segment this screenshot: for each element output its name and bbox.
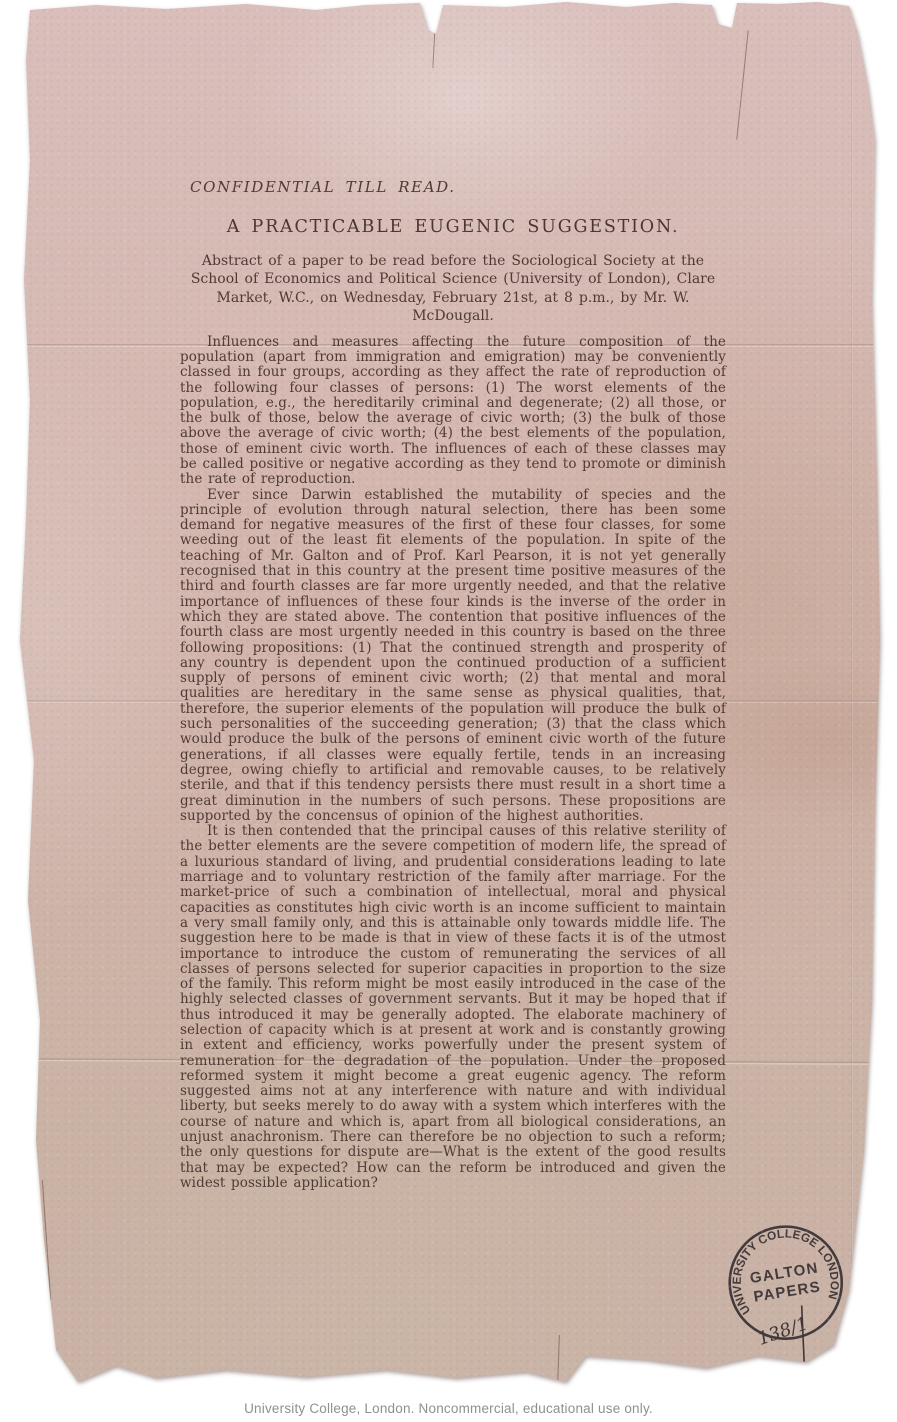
scanned-paper: CONFIDENTIAL TILL READ. A PRACTICABLE EU… [6, 0, 890, 1398]
body-paragraph-2: Ever since Darwin established the mutabi… [180, 488, 726, 825]
document-text-block: CONFIDENTIAL TILL READ. A PRACTICABLE EU… [180, 0, 726, 1191]
body-paragraph-1: Influences and measures affecting the fu… [180, 335, 726, 488]
paper-tear-bottom-left [42, 1180, 51, 1300]
paper-tear-top-right [736, 30, 748, 140]
scanned-page-wrapper: CONFIDENTIAL TILL READ. A PRACTICABLE EU… [6, 0, 890, 1398]
abstract-note: Abstract of a paper to be read before th… [180, 252, 726, 326]
footer-caption-bar: University College, London. Noncommercia… [0, 1395, 897, 1422]
body-paragraph-3: It is then contended that the principal … [180, 824, 726, 1191]
paper-tear-bottom-center [557, 1335, 560, 1385]
confidential-note: CONFIDENTIAL TILL READ. [190, 178, 726, 196]
archive-stamp: UNIVERSITY COLLEGE LONDON GALTON PAPERS … [709, 1209, 877, 1400]
fold-crease-right-vertical [851, 40, 853, 1280]
footer-caption: University College, London. Noncommercia… [244, 1401, 653, 1416]
document-title: A PRACTICABLE EUGENIC SUGGESTION. [180, 217, 726, 237]
